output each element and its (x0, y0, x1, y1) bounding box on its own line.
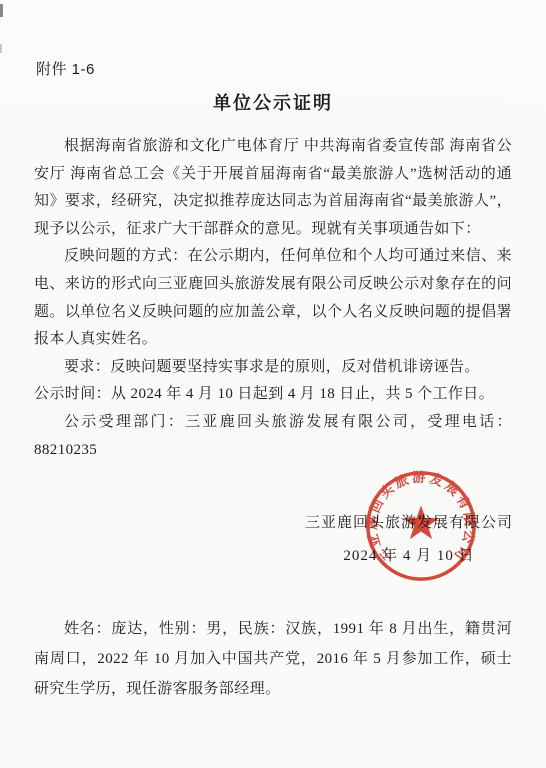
document-page: 附件 1-6 单位公示证明 根据海南省旅游和文化广电体育厅 中共海南省委宣传部 … (0, 0, 546, 768)
signature-company-name: 三亚鹿回头旅游发展有限公司 (305, 513, 513, 533)
scan-edge-artifact (0, 44, 2, 53)
paragraph-accepting-department: 公示受理部门：三亚鹿回头旅游发展有限公司，受理电话：88210235 (34, 409, 512, 464)
paragraph-feedback-method: 反映问题的方式：在公示期内，任何单位和个人均可通过来信、来电、来访的形式向三亚鹿… (34, 243, 512, 353)
scan-edge-artifact (0, 4, 3, 17)
paragraph-intro: 根据海南省旅游和文化广电体育厅 中共海南省委宣传部 海南省公安厅 海南省总工会《… (34, 133, 512, 243)
signature-date: 2024 年 4 月 10 日 (305, 546, 513, 566)
document-body: 根据海南省旅游和文化广电体育厅 中共海南省委宣传部 海南省公安厅 海南省总工会《… (34, 133, 512, 464)
attachment-label: 附件 1-6 (36, 58, 95, 79)
candidate-profile: 姓名：庞达，性别：男，民族：汉族，1991 年 8 月出生，籍贯河南周口，202… (34, 614, 512, 704)
paragraph-publicity-period: 公示时间：从 2024 年 4 月 10 日起到 4 月 18 日止，共 5 个… (34, 381, 512, 409)
paragraph-requirement: 要求：反映问题要坚持实事求是的原则，反对借机诽谤诬告。 (34, 354, 512, 382)
document-title: 单位公示证明 (0, 89, 546, 115)
signature-block: 三亚鹿回头旅游发展有限公司 2024 年 4 月 10 日 (305, 513, 513, 566)
